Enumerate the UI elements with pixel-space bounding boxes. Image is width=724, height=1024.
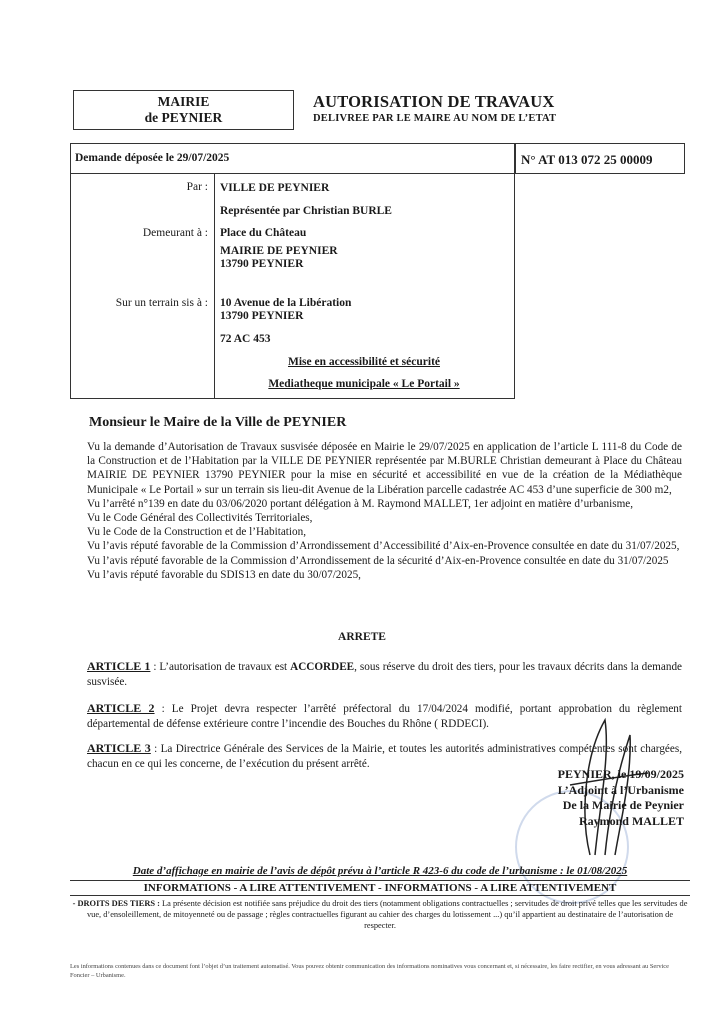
address-line3: 13790 PEYNIER (220, 258, 303, 271)
signature-place-date: PEYNIER, le 19/09/2025 (558, 767, 684, 783)
document-subtitle: DELIVREE PAR LE MAIRE AU NOM DE L’ETAT (313, 113, 556, 124)
mairie-header-box: MAIRIE de PEYNIER (73, 90, 294, 130)
terrain-line2: 13790 PEYNIER (220, 310, 303, 323)
posting-date: Date d’affichage en mairie de l’avis de … (70, 865, 690, 877)
mairie-line2: de PEYNIER (74, 110, 293, 126)
deposit-date: Demande déposée le 29/07/2025 (71, 144, 514, 174)
article-title: ARTICLE 3 (87, 741, 151, 755)
work-object-line2: Mediatheque municipale « Le Portail » (214, 378, 514, 390)
consideration-item: Vu l’avis réputé favorable de la Commiss… (87, 554, 682, 568)
article-title: ARTICLE 2 (87, 701, 155, 715)
representative: Représentée par Christian BURLE (220, 205, 392, 218)
signature-block: PEYNIER, le 19/09/2025 L’Adjoint à l’Urb… (558, 767, 684, 829)
applicant-value: VILLE DE PEYNIER (220, 182, 329, 195)
consideration-item: Vu le Code Général des Collectivités Ter… (87, 511, 682, 525)
arrete-heading: ARRETE (0, 631, 724, 643)
consideration-item: Vu l’arrêté n°139 en date du 03/06/2020 … (87, 497, 682, 511)
address-line2: MAIRIE DE PEYNIER (220, 245, 338, 258)
mairie-line1: MAIRIE (74, 94, 293, 110)
consideration-item: Vu l’avis réputé favorable de la Commiss… (87, 539, 682, 553)
decision-status: ACCORDEE (290, 661, 354, 673)
signatory-name: Raymond MALLET (558, 814, 684, 830)
parcel-reference: 72 AC 453 (220, 333, 270, 346)
signatory-role: L’Adjoint à l’Urbanisme (558, 783, 684, 799)
consideration-item: Vu le Code de la Construction et de l’Ha… (87, 525, 682, 539)
third-party-rights-notice: - DROITS DES TIERS : La présente décisio… (70, 898, 690, 931)
mayor-heading: Monsieur le Maire de la Ville de PEYNIER (89, 415, 346, 431)
work-object-line1: Mise en accessibilité et sécurité (214, 356, 514, 368)
address-line1: Place du Château (220, 227, 306, 240)
article-1: ARTICLE 1 : L’autorisation de travaux es… (87, 659, 682, 689)
information-banner: INFORMATIONS - A LIRE ATTENTIVEMENT - IN… (70, 880, 690, 896)
address-label: Demeurant à : (143, 227, 208, 239)
document-title: AUTORISATION DE TRAVAUX (313, 92, 554, 112)
data-processing-notice: Les informations contenues dans ce docum… (70, 962, 690, 980)
article-title: ARTICLE 1 (87, 659, 150, 673)
authorization-number: N° AT 013 072 25 00009 (515, 143, 685, 174)
applicant-label: Par : (187, 181, 208, 193)
consideration-item: Vu l’avis réputé favorable du SDIS13 en … (87, 568, 682, 582)
considerations: Vu la demande d’Autorisation de Travaux … (87, 440, 682, 582)
terrain-line1: 10 Avenue de la Libération (220, 297, 351, 310)
consideration-item: Vu la demande d’Autorisation de Travaux … (87, 440, 682, 497)
signatory-organization: De la Mairie de Peynier (558, 798, 684, 814)
terrain-label: Sur un terrain sis à : (116, 297, 208, 309)
request-details-box: Demande déposée le 29/07/2025 Par : VILL… (70, 143, 515, 399)
